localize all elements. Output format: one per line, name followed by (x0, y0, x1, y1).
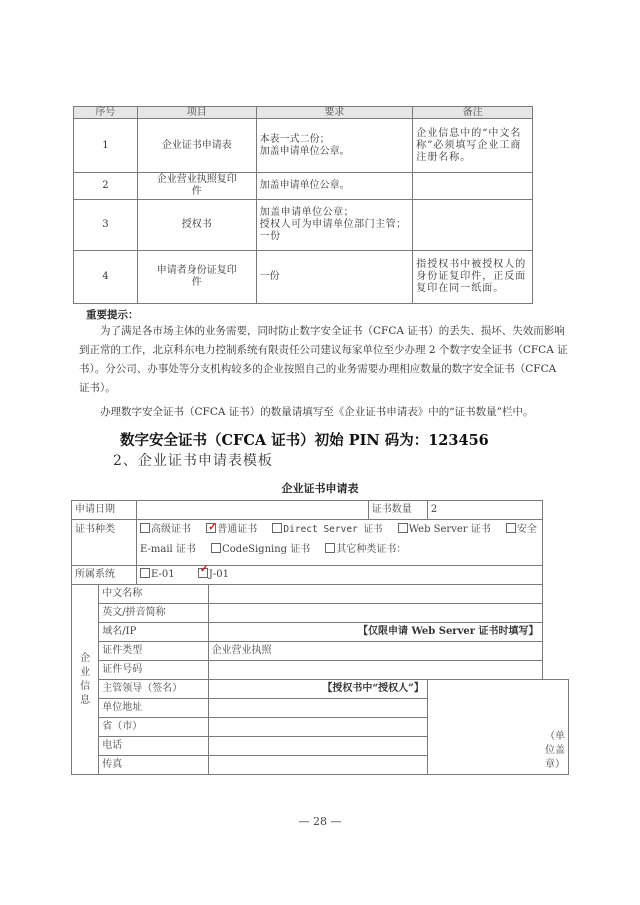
field-row: 企业信息 中文名称 (72, 585, 569, 604)
cert-type-options: 高级证书 普通证书 Direct Server 证书 Web Server 证书… (137, 520, 542, 566)
cert-type-label: 证书种类 (72, 520, 137, 566)
field-row: 域名/IP 【仅限申请 Web Server 证书时填写】 (72, 623, 569, 642)
field-input[interactable]: 【仅限申请 Web Server 证书时填写】 (208, 623, 542, 642)
form-title: 企业证书申请表 (0, 480, 640, 496)
field-input[interactable]: 企业营业执照 (208, 642, 542, 661)
cert-type-row: 证书种类 高级证书 普通证书 Direct Server 证书 Web Serv… (72, 520, 569, 566)
row-requirement: 本表一式二份； 加盖申请单位公章。 (256, 119, 413, 173)
header-item: 项目 (137, 107, 256, 119)
row-no: 4 (74, 251, 138, 304)
checkbox-icon[interactable] (398, 523, 408, 533)
field-input[interactable] (208, 718, 427, 737)
apply-date-field[interactable] (137, 501, 369, 520)
row-item: 授权书 (137, 200, 256, 251)
cert-type-option[interactable]: 其它种类证书： (325, 544, 406, 555)
header-requirement: 要求 (256, 107, 413, 119)
cert-count-label: 证书数量 (368, 501, 427, 520)
field-row: 证件类型 企业营业执照 (72, 642, 569, 661)
field-label: 传真 (99, 756, 208, 775)
field-label: 主管领导（签名） (99, 680, 208, 699)
row-requirement: 一份 (256, 251, 413, 304)
cert-count-field[interactable]: 2 (427, 501, 542, 520)
system-option[interactable]: J-01 (198, 569, 229, 580)
field-label: 证件类型 (99, 642, 208, 661)
requirements-table: 序号 项目 要求 备注 1 企业证书申请表 本表一式二份； 加盖申请单位公章。 … (73, 106, 533, 304)
table-row: 3 授权书 加盖申请单位公章； 授权人可为申请单位部门主管； 一份 (74, 200, 533, 251)
table-header-row: 序号 项目 要求 备注 (74, 107, 533, 119)
field-input[interactable] (208, 585, 542, 604)
field-label: 英文/拼音简称 (99, 604, 208, 623)
field-label: 电话 (99, 737, 208, 756)
field-label: 单位地址 (99, 699, 208, 718)
field-input[interactable] (208, 737, 427, 756)
seal-area (427, 680, 542, 775)
checkbox-icon[interactable] (140, 568, 150, 578)
row-no: 1 (74, 119, 138, 173)
row-note: 指授权书中被授权人的身份证复印件，正反面复印在同一纸面。 (413, 251, 533, 304)
field-row: 主管领导（签名） 【授权书中“授权人”】 （单位盖章） (72, 680, 569, 699)
row-item: 企业证书申请表 (137, 119, 256, 173)
field-row: 证件号码 (72, 661, 569, 680)
cert-type-option[interactable]: CodeSigning 证书 (211, 544, 310, 555)
field-label: 省（市） (99, 718, 208, 737)
table-row: 1 企业证书申请表 本表一式二份； 加盖申请单位公章。 企业信息中的“中文名称”… (74, 119, 533, 173)
pin-notice: 数字安全证书（CFCA 证书）初始 PIN 码为：123456 (120, 429, 489, 450)
checkbox-icon[interactable] (506, 523, 516, 533)
row-no: 3 (74, 200, 138, 251)
checkbox-icon[interactable] (325, 543, 335, 553)
checkbox-icon[interactable] (140, 523, 150, 533)
row-note (413, 173, 533, 200)
row-no: 2 (74, 173, 138, 200)
system-label: 所属系统 (72, 566, 137, 585)
cert-type-option[interactable]: 普通证书 (206, 524, 257, 535)
tips-title: 重要提示： (86, 307, 139, 322)
field-input[interactable] (208, 604, 542, 623)
field-label: 中文名称 (99, 585, 208, 604)
apply-date-label: 申请日期 (72, 501, 137, 520)
table-row: 4 申请者身份证复印件 一份 指授权书中被授权人的身份证复印件，正反面复印在同一… (74, 251, 533, 304)
field-input[interactable] (208, 661, 542, 680)
apply-date-row: 申请日期 证书数量 2 (72, 501, 569, 520)
row-requirement: 加盖申请单位公章； 授权人可为申请单位部门主管； 一份 (256, 200, 413, 251)
system-options: E-01 J-01 (137, 566, 542, 585)
field-input[interactable] (208, 699, 427, 718)
row-note (413, 200, 533, 251)
table-row: 2 企业营业执照复印件 加盖申请单位公章。 (74, 173, 533, 200)
application-form: 申请日期 证书数量 2 证书种类 高级证书 普通证书 Direct Server… (71, 500, 569, 775)
row-item: 申请者身份证复印件 (137, 251, 256, 304)
checkbox-icon[interactable] (211, 543, 221, 553)
checkbox-checked-icon[interactable] (206, 523, 216, 533)
cert-type-option[interactable]: Direct Server 证书 (272, 524, 382, 535)
field-input[interactable]: 【授权书中“授权人”】 (208, 680, 427, 699)
system-option[interactable]: E-01 (140, 569, 175, 580)
checkbox-checked-icon[interactable] (198, 568, 208, 578)
field-label: 证件号码 (99, 661, 208, 680)
tips-paragraph-1: 为了满足各市场主体的业务需要，同时防止数字安全证书（CFCA 证书）的丢失、损坏… (79, 322, 569, 398)
field-row: 英文/拼音简称 (72, 604, 569, 623)
field-input[interactable] (208, 756, 427, 775)
row-item: 企业营业执照复印件 (137, 173, 256, 200)
header-note: 备注 (413, 107, 533, 119)
seal-label: （单位盖章） (542, 680, 569, 775)
tips-paragraph-2: 办理数字安全证书（CFCA 证书）的数量请填写至《企业证书申请表》中的“证书数量… (79, 403, 569, 422)
row-requirement: 加盖申请单位公章。 (256, 173, 413, 200)
enterprise-info-group-label: 企业信息 (72, 585, 99, 775)
header-no: 序号 (74, 107, 138, 119)
page-number: — 28 — (0, 815, 640, 828)
row-note: 企业信息中的“中文名称”必须填写企业工商注册名称。 (413, 119, 533, 173)
cert-type-option[interactable]: Web Server 证书 (398, 524, 491, 535)
field-label: 域名/IP (99, 623, 208, 642)
system-row: 所属系统 E-01 J-01 (72, 566, 569, 585)
checkbox-icon[interactable] (272, 523, 282, 533)
cert-type-option[interactable]: 高级证书 (140, 524, 191, 535)
section-heading: 2、企业证书申请表模板 (113, 450, 273, 470)
